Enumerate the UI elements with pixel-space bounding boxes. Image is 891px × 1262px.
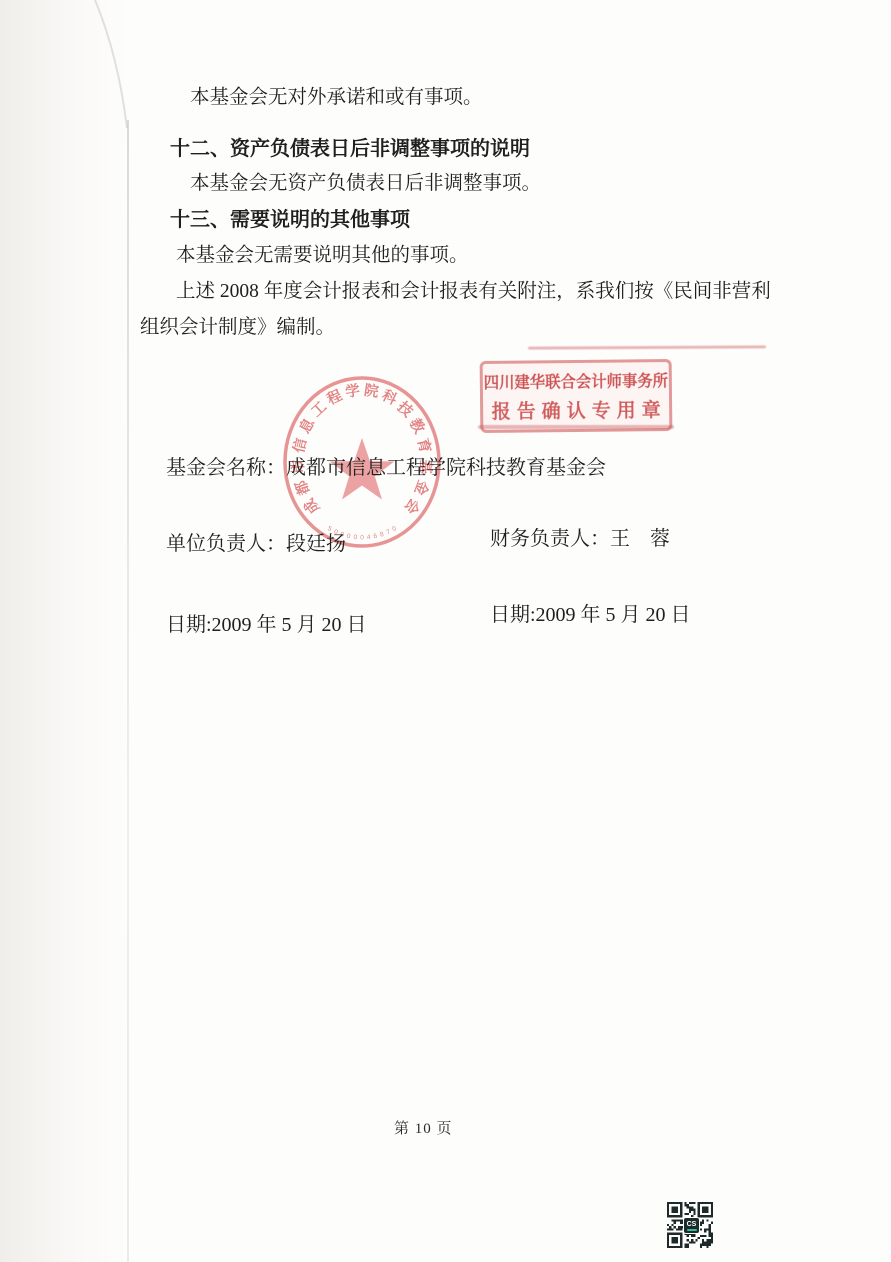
svg-text:0: 0	[391, 525, 398, 533]
svg-text:工: 工	[309, 399, 331, 421]
scanned-document-page: 本基金会无对外承诺和或有事项。 十二、资产负债表日后非调整事项的说明 本基金会无…	[0, 0, 891, 1262]
svg-text:院: 院	[363, 381, 380, 401]
foundation-name-line: 基金会名称：成都市信息工程学院科技教育基金会	[166, 456, 606, 481]
page-fold-curve	[0, 0, 140, 130]
paragraph-no-other-matters: 本基金会无需要说明其他的事项。	[176, 244, 469, 268]
qr-logo-text: CS	[687, 1221, 697, 1228]
svg-text:息: 息	[295, 414, 318, 436]
qr-logo-accent-bar	[687, 1229, 697, 1231]
svg-text:6: 6	[373, 533, 378, 541]
date-right-line: 日期:2009 年 5 月 20 日	[490, 603, 691, 628]
page-number: 第 10 页	[394, 1120, 453, 1139]
date-left-line: 日期:2009 年 5 月 20 日	[166, 613, 367, 638]
svg-text:4: 4	[367, 534, 372, 541]
svg-text:学: 学	[344, 381, 361, 401]
finance-head-line: 财务负责人：王 蓉	[490, 527, 670, 552]
qr-center-logo: CS	[683, 1217, 700, 1234]
svg-text:7: 7	[385, 528, 391, 536]
paragraph-statement-basis-2: 组织会计制度》编制。	[140, 316, 335, 340]
svg-text:0: 0	[346, 533, 351, 541]
unit-head-line: 单位负责人：段廷扬	[166, 532, 346, 557]
stamp-ink-streak	[528, 345, 766, 349]
cpa-firm-stamp: 四川建华联合会计师事务所 报告确认专用章	[480, 359, 673, 433]
cpa-firm-stamp-title: 报告确认专用章	[485, 395, 666, 424]
svg-text:信: 信	[289, 436, 310, 455]
scan-edge-shadow	[0, 0, 128, 1262]
page-fold-line	[127, 120, 129, 1262]
paragraph-no-post-bs-events: 本基金会无资产负债表日后非调整事项。	[190, 172, 541, 196]
svg-text:8: 8	[379, 531, 385, 539]
svg-text:育: 育	[414, 436, 435, 454]
svg-text:0: 0	[360, 535, 364, 542]
cpa-firm-stamp-name: 四川建华联合会计师事务所	[484, 368, 669, 393]
svg-text:教: 教	[405, 415, 428, 437]
qr-code: CS	[667, 1202, 713, 1248]
svg-text:成: 成	[301, 495, 324, 517]
heading-section-12: 十二、资产负债表日后非调整事项的说明	[170, 137, 530, 162]
stamp-ink-smudge	[478, 425, 674, 429]
svg-text:0: 0	[353, 534, 358, 541]
paragraph-statement-basis-1: 上述 2008 年度会计报表和会计报表有关附注，系我们按《民间非营利	[176, 280, 771, 304]
heading-section-13: 十三、需要说明的其他事项	[170, 208, 410, 233]
paragraph-no-commitments: 本基金会无对外承诺和或有事项。	[190, 86, 483, 110]
